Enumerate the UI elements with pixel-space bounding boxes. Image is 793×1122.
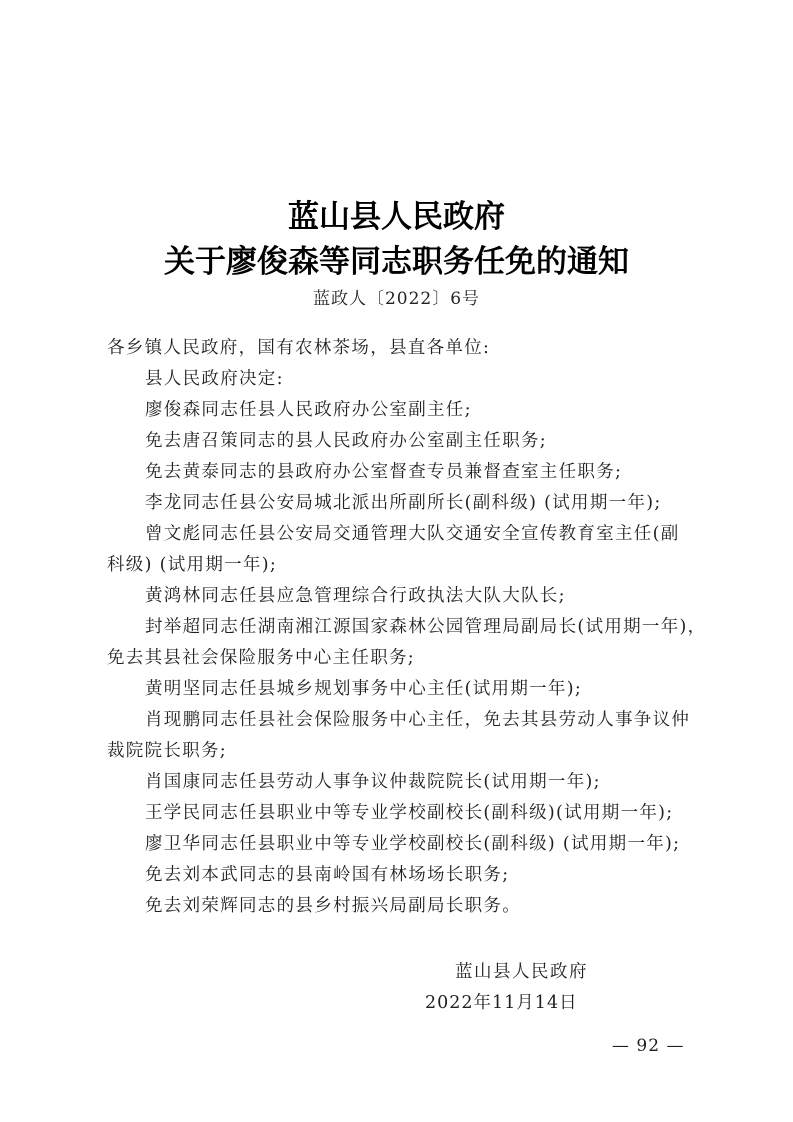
document-number: 蓝政人〔2022〕6号 xyxy=(0,287,793,311)
body-line: 裁院院长职务; xyxy=(107,736,687,767)
document-title-line1: 蓝山县人民政府 xyxy=(0,197,793,237)
issue-date: 2022年11月14日 xyxy=(425,988,578,1019)
body-line: 封举超同志任湖南湘江源国家森林公园管理局副局长(试用期一年)， xyxy=(107,612,687,643)
body-line: 廖卫华同志任县职业中等专业学校副校长(副科级) (试用期一年); xyxy=(107,829,687,860)
document-body: 各乡镇人民政府，国有农林茶场，县直各单位: 县人民政府决定: 廖俊森同志任县人民… xyxy=(107,333,687,922)
body-line: 免去唐召策同志的县人民政府办公室副主任职务; xyxy=(107,426,687,457)
body-line: 王学民同志任县职业中等专业学校副校长(副科级)(试用期一年); xyxy=(107,798,687,829)
body-line: 各乡镇人民政府，国有农林茶场，县直各单位: xyxy=(107,333,687,364)
body-line: 李龙同志任县公安局城北派出所副所长(副科级) (试用期一年); xyxy=(107,488,687,519)
body-line: 免去刘荣辉同志的县乡村振兴局副局长职务。 xyxy=(107,891,687,922)
body-line: 黄明坚同志任县城乡规划事务中心主任(试用期一年); xyxy=(107,674,687,705)
body-line: 黄鸿林同志任县应急管理综合行政执法大队大队长; xyxy=(107,581,687,612)
body-line: 免去黄泰同志的县政府办公室督查专员兼督查室主任职务; xyxy=(107,457,687,488)
page-number: — 92 — xyxy=(612,1034,684,1058)
body-line: 免去刘本武同志的县南岭国有林场场长职务; xyxy=(107,860,687,891)
body-line: 廖俊森同志任县人民政府办公室副主任; xyxy=(107,395,687,426)
body-line: 县人民政府决定: xyxy=(107,364,687,395)
signature: 蓝山县人民政府 xyxy=(455,957,588,988)
body-line: 免去其县社会保险服务中心主任职务; xyxy=(107,643,687,674)
document-title-line2: 关于廖俊森等同志职务任免的通知 xyxy=(0,242,793,282)
body-line: 肖国康同志任县劳动人事争议仲裁院院长(试用期一年); xyxy=(107,767,687,798)
body-line: 曾文彪同志任县公安局交通管理大队交通安全宣传教育室主任(副 xyxy=(107,519,687,550)
body-line: 肖现鹏同志任县社会保险服务中心主任，免去其县劳动人事争议仲 xyxy=(107,705,687,736)
body-line: 科级) (试用期一年); xyxy=(107,550,687,581)
